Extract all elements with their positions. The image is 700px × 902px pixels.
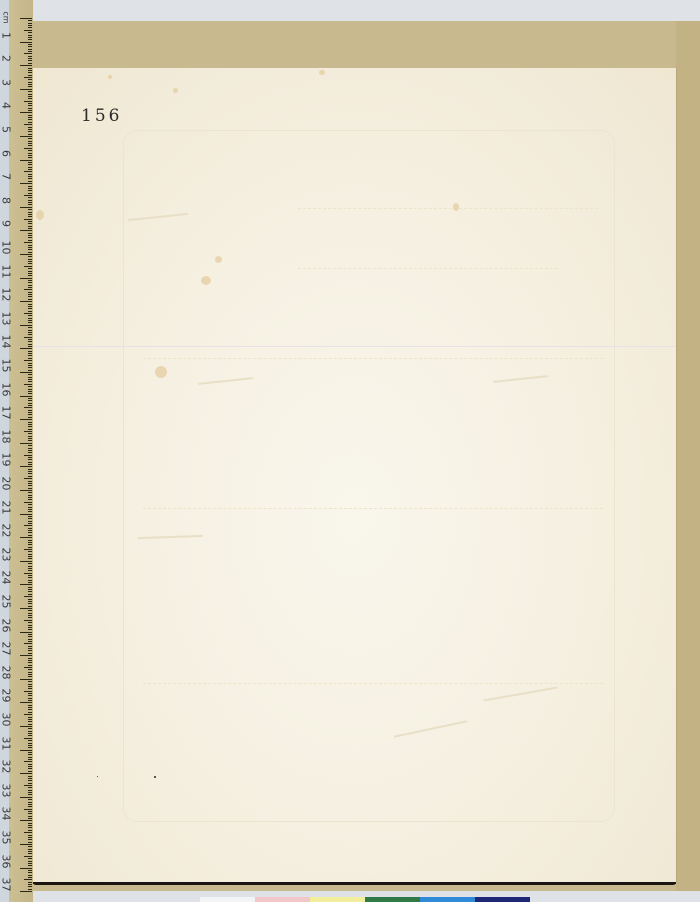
ruler-tick — [20, 773, 32, 774]
ruler-tick — [28, 653, 32, 654]
ruler-tick — [28, 650, 32, 651]
color-calibration-strip — [200, 897, 530, 902]
color-swatch — [475, 897, 530, 902]
ruler-tick — [28, 827, 32, 828]
ruler-tick — [28, 452, 32, 453]
ruler-tick — [28, 780, 32, 781]
ruler-tick — [28, 747, 32, 748]
ruler-tick — [28, 23, 32, 24]
ruler-tick — [28, 459, 32, 460]
show-through-staff — [143, 508, 603, 519]
page-edge-shadow — [33, 882, 676, 885]
ruler-tick — [28, 315, 32, 316]
ruler-tick — [28, 261, 32, 262]
ruler-label: 5 — [1, 123, 12, 137]
ruler-tick — [20, 632, 32, 633]
ruler-tick — [28, 400, 32, 401]
ruler-tick — [28, 825, 32, 826]
ruler-tick — [24, 266, 32, 267]
ruler-tick — [24, 77, 32, 78]
foxing-stain — [108, 75, 112, 79]
ruler-tick — [20, 537, 32, 538]
ruler-label: 22 — [1, 524, 12, 538]
ruler-tick — [20, 584, 32, 585]
ruler-tick — [28, 615, 32, 616]
ruler-tick — [28, 610, 32, 611]
ruler-tick — [28, 292, 32, 293]
ruler-tick — [28, 858, 32, 859]
ruler-tick — [28, 865, 32, 866]
ruler-label: 19 — [1, 453, 12, 467]
ruler-tick — [28, 771, 32, 772]
ruler-tick — [24, 549, 32, 550]
ruler-tick — [28, 818, 32, 819]
foxing-stain — [173, 88, 178, 93]
ruler-tick — [28, 721, 32, 722]
ruler-tick — [28, 532, 32, 533]
ruler-label: 2 — [1, 52, 12, 66]
ruler-label: 26 — [1, 618, 12, 632]
ruler-tick — [28, 155, 32, 156]
ruler-tick — [28, 544, 32, 545]
ruler-tick — [28, 27, 32, 28]
ruler-tick — [20, 443, 32, 444]
ruler-tick — [28, 377, 32, 378]
ruler-tick — [28, 450, 32, 451]
ruler-tick — [28, 344, 32, 345]
ruler-tick — [28, 672, 32, 673]
ruler-tick — [28, 119, 32, 120]
ruler-tick — [28, 84, 32, 85]
ruler-tick — [28, 665, 32, 666]
ruler-tick — [28, 700, 32, 701]
ruler-tick — [28, 259, 32, 260]
ruler-tick — [28, 75, 32, 76]
measurement-ruler: cm12345678910111213141516171819202122232… — [0, 0, 33, 902]
ruler-tick — [28, 488, 32, 489]
ruler-tick — [28, 429, 32, 430]
ruler-label: 32 — [1, 760, 12, 774]
ruler-tick — [28, 282, 32, 283]
ruler-tick — [28, 304, 32, 305]
ruler-tick — [28, 870, 32, 871]
ruler-tick — [28, 82, 32, 83]
color-swatch — [255, 897, 310, 902]
ruler-tick — [28, 98, 32, 99]
ruler-tick — [28, 776, 32, 777]
ruler-tick — [28, 591, 32, 592]
ruler-tick — [28, 712, 32, 713]
plate-impression — [123, 130, 615, 822]
ruler-tick — [20, 466, 32, 467]
ruler-tick — [24, 30, 32, 31]
ruler-tick — [28, 693, 32, 694]
ruler-tick — [28, 481, 32, 482]
ruler-tick — [28, 294, 32, 295]
mount-board-edge — [676, 21, 700, 891]
ruler-tick — [28, 842, 32, 843]
ruler-tick — [28, 209, 32, 210]
ruler-tick — [28, 256, 32, 257]
ruler-tick — [24, 502, 32, 503]
ruler-tick — [28, 580, 32, 581]
ruler-tick — [28, 577, 32, 578]
ruler-tick — [28, 216, 32, 217]
foxing-stain — [319, 70, 325, 75]
ruler-tick — [20, 348, 32, 349]
ruler-label: 33 — [1, 783, 12, 797]
ruler-tick — [28, 497, 32, 498]
ruler-tick — [28, 424, 32, 425]
ruler-tick — [28, 51, 32, 52]
color-swatch — [310, 897, 365, 902]
ruler-tick — [28, 648, 32, 649]
ruler-tick — [28, 558, 32, 559]
ruler-tick — [28, 367, 32, 368]
ruler-tick — [28, 287, 32, 288]
ruler-tick — [28, 403, 32, 404]
ruler-tick — [28, 658, 32, 659]
ruler-tick — [24, 478, 32, 479]
ruler-tick — [28, 662, 32, 663]
ruler-tick — [28, 853, 32, 854]
ruler-tick — [20, 419, 32, 420]
ruler-tick — [28, 414, 32, 415]
ruler-tick — [28, 518, 32, 519]
ruler-tick — [28, 68, 32, 69]
ruler-tick — [28, 422, 32, 423]
ruler-tick — [28, 186, 32, 187]
ruler-tick — [28, 162, 32, 163]
ruler-tick — [28, 339, 32, 340]
ruler-tick — [28, 743, 32, 744]
ruler-tick — [28, 417, 32, 418]
ruler-tick — [24, 337, 32, 338]
ruler-tick — [28, 134, 32, 135]
ruler-tick — [28, 728, 32, 729]
ruler-tick — [28, 46, 32, 47]
ruler-tick — [28, 507, 32, 508]
ruler-tick — [28, 740, 32, 741]
ruler-label: 37 — [1, 878, 12, 892]
ruler-tick — [28, 235, 32, 236]
ruler-tick — [28, 719, 32, 720]
ruler-tick — [28, 448, 32, 449]
ruler-label: 25 — [1, 595, 12, 609]
ruler-tick — [28, 188, 32, 189]
ruler-tick — [24, 219, 32, 220]
ruler-tick — [28, 473, 32, 474]
ruler-tick — [28, 169, 32, 170]
ruler-label: 31 — [1, 736, 12, 750]
ruler-tick — [28, 724, 32, 725]
ruler-tick — [20, 820, 32, 821]
ruler-tick — [20, 702, 32, 703]
ruler-tick — [28, 563, 32, 564]
ruler-tick — [24, 171, 32, 172]
ruler-tick — [28, 627, 32, 628]
ruler-tick — [28, 875, 32, 876]
ruler-tick — [28, 688, 32, 689]
ruler-tick — [28, 25, 32, 26]
ruler-tick — [20, 325, 32, 326]
ruler-label: 28 — [1, 665, 12, 679]
ruler-tick — [28, 861, 32, 862]
ruler-tick — [28, 150, 32, 151]
ruler-tick — [28, 193, 32, 194]
ruler-tick — [28, 457, 32, 458]
ruler-tick — [20, 844, 32, 845]
ruler-tick — [20, 396, 32, 397]
ruler-tick — [20, 868, 32, 869]
ruler-tick — [28, 625, 32, 626]
ruler-tick — [28, 846, 32, 847]
ruler-tick — [28, 802, 32, 803]
ruler-tick — [28, 157, 32, 158]
ruler-tick — [28, 32, 32, 33]
ruler-tick — [28, 757, 32, 758]
ruler-tick — [28, 717, 32, 718]
ruler-tick — [28, 381, 32, 382]
ruler-tick — [28, 681, 32, 682]
ruler-tick — [28, 306, 32, 307]
ruler-tick — [20, 490, 32, 491]
ruler-label: 10 — [1, 241, 12, 255]
ruler-label: 6 — [1, 146, 12, 160]
ruler-tick — [28, 322, 32, 323]
ruler-label: 13 — [1, 311, 12, 325]
show-through-staff — [298, 208, 598, 219]
ruler-tick — [28, 778, 32, 779]
ruler-tick — [28, 190, 32, 191]
scan-artifact-line — [33, 346, 676, 347]
ruler-tick — [28, 389, 32, 390]
ruler-tick — [28, 273, 32, 274]
ruler-tick — [28, 469, 32, 470]
ruler-tick — [28, 830, 32, 831]
ruler-tick — [28, 707, 32, 708]
ruler-tick — [28, 816, 32, 817]
ruler-tick — [24, 643, 32, 644]
ruler-tick — [20, 891, 32, 892]
ruler-tick — [28, 332, 32, 333]
color-swatch — [420, 897, 475, 902]
ruler-tick — [28, 296, 32, 297]
ruler-tick — [28, 308, 32, 309]
ruler-label: 35 — [1, 831, 12, 845]
page-number: 156 — [81, 106, 122, 126]
ruler-tick — [28, 495, 32, 496]
ruler-tick — [28, 353, 32, 354]
ruler-tick — [28, 629, 32, 630]
ruler-tick — [28, 346, 32, 347]
ruler-tick — [28, 695, 32, 696]
ruler-tick — [24, 879, 32, 880]
ruler-tick — [28, 63, 32, 64]
foxing-stain — [215, 256, 222, 263]
ruler-tick — [28, 49, 32, 50]
ruler-tick — [28, 599, 32, 600]
ruler-tick — [24, 384, 32, 385]
ruler-tick — [28, 247, 32, 248]
ruler-tick — [20, 679, 32, 680]
ruler-tick — [28, 445, 32, 446]
ruler-tick — [28, 764, 32, 765]
ruler-tick — [28, 94, 32, 95]
ruler-tick — [28, 528, 32, 529]
ruler-tick — [20, 254, 32, 255]
speck — [154, 776, 156, 778]
ruler-tick — [28, 433, 32, 434]
ruler-tick — [24, 195, 32, 196]
ruler-tick — [28, 601, 32, 602]
ruler-tick — [28, 783, 32, 784]
ruler-tick — [24, 620, 32, 621]
ruler-tick — [20, 655, 32, 656]
ruler-label: 15 — [1, 359, 12, 373]
ruler-label: 17 — [1, 406, 12, 420]
ruler-tick — [28, 731, 32, 732]
ruler-tick — [28, 676, 32, 677]
ruler-tick — [28, 60, 32, 61]
ruler-tick — [20, 112, 32, 113]
speck — [97, 776, 98, 777]
ruler-tick — [20, 278, 32, 279]
ruler-tick — [28, 587, 32, 588]
ruler-tick — [28, 705, 32, 706]
ruler-tick — [28, 245, 32, 246]
ruler-tick — [24, 596, 32, 597]
ruler-tick — [28, 249, 32, 250]
ruler-tick — [20, 750, 32, 751]
ruler-tick — [28, 233, 32, 234]
ruler-tick — [28, 735, 32, 736]
ruler-tick — [28, 103, 32, 104]
ruler-tick — [28, 181, 32, 182]
ruler-tick — [28, 492, 32, 493]
ruler-tick — [24, 242, 32, 243]
ruler-label: 27 — [1, 642, 12, 656]
ruler-tick — [28, 882, 32, 883]
ruler-tick — [20, 89, 32, 90]
ruler-tick — [20, 561, 32, 562]
ruler-tick — [24, 313, 32, 314]
ruler-tick — [28, 174, 32, 175]
ruler-tick — [28, 823, 32, 824]
ruler-tick — [28, 96, 32, 97]
ruler-tick — [28, 318, 32, 319]
ruler-tick — [28, 483, 32, 484]
ruler-tick — [28, 178, 32, 179]
ruler-tick — [20, 608, 32, 609]
ruler-tick — [28, 787, 32, 788]
ruler-tick — [28, 759, 32, 760]
ruler-tick — [24, 856, 32, 857]
ruler-tick — [28, 110, 32, 111]
ruler-tick — [24, 525, 32, 526]
ruler-tick — [28, 622, 32, 623]
ruler-tick — [28, 674, 32, 675]
ruler-tick — [24, 289, 32, 290]
foxing-stain — [155, 366, 167, 378]
ruler-tick — [28, 72, 32, 73]
ruler-tick — [28, 499, 32, 500]
ruler-tick — [28, 799, 32, 800]
ruler-tick — [28, 153, 32, 154]
ruler-tick — [28, 355, 32, 356]
ruler-tick — [28, 813, 32, 814]
ruler-tick — [24, 738, 32, 739]
ruler-tick — [28, 252, 32, 253]
ruler-tick — [28, 768, 32, 769]
ruler-tick — [28, 37, 32, 38]
ruler-tick — [28, 115, 32, 116]
show-through-staff — [298, 268, 558, 279]
ruler-label: 30 — [1, 713, 12, 727]
ruler-label: 11 — [1, 264, 12, 278]
ruler-tick — [28, 636, 32, 637]
ruler-tick — [28, 330, 32, 331]
ruler-tick — [28, 393, 32, 394]
ruler-tick — [28, 226, 32, 227]
ruler-tick — [28, 237, 32, 238]
ruler-tick — [28, 426, 32, 427]
ruler-label: 14 — [1, 335, 12, 349]
ruler-tick — [28, 554, 32, 555]
ruler-tick — [28, 476, 32, 477]
ruler-tick — [24, 53, 32, 54]
ruler-tick — [28, 634, 32, 635]
ruler-label: 23 — [1, 547, 12, 561]
ruler-tick — [28, 438, 32, 439]
ruler-tick — [28, 547, 32, 548]
ruler-tick — [28, 566, 32, 567]
foxing-stain — [453, 203, 459, 211]
ruler-tick — [28, 471, 32, 472]
ruler-tick — [28, 504, 32, 505]
ruler-tick — [20, 301, 32, 302]
ruler-tick — [28, 327, 32, 328]
ruler-tick — [28, 568, 32, 569]
ruler-label: 36 — [1, 854, 12, 868]
ruler-tick — [28, 240, 32, 241]
ruler-tick — [28, 698, 32, 699]
color-swatch — [365, 897, 420, 902]
ruler-tick — [28, 535, 32, 536]
ruler-tick — [28, 221, 32, 222]
ruler-tick — [24, 809, 32, 810]
ruler-tick — [28, 341, 32, 342]
ruler-tick — [20, 207, 32, 208]
ruler-tick — [28, 223, 32, 224]
ruler-tick — [28, 594, 32, 595]
ruler-unit-label: cm — [1, 11, 12, 25]
ruler-tick — [28, 606, 32, 607]
ruler-tick — [28, 20, 32, 21]
ruler-label: 16 — [1, 382, 12, 396]
ruler-tick — [28, 556, 32, 557]
ruler-tick — [28, 646, 32, 647]
ruler-tick — [28, 886, 32, 887]
ruler-tick — [28, 523, 32, 524]
ruler-label: 21 — [1, 500, 12, 514]
ruler-tick — [28, 56, 32, 57]
ruler-tick — [28, 164, 32, 165]
ruler-label: 18 — [1, 429, 12, 443]
ruler-tick — [24, 455, 32, 456]
show-through-staff — [143, 358, 603, 369]
ruler-tick — [28, 530, 32, 531]
